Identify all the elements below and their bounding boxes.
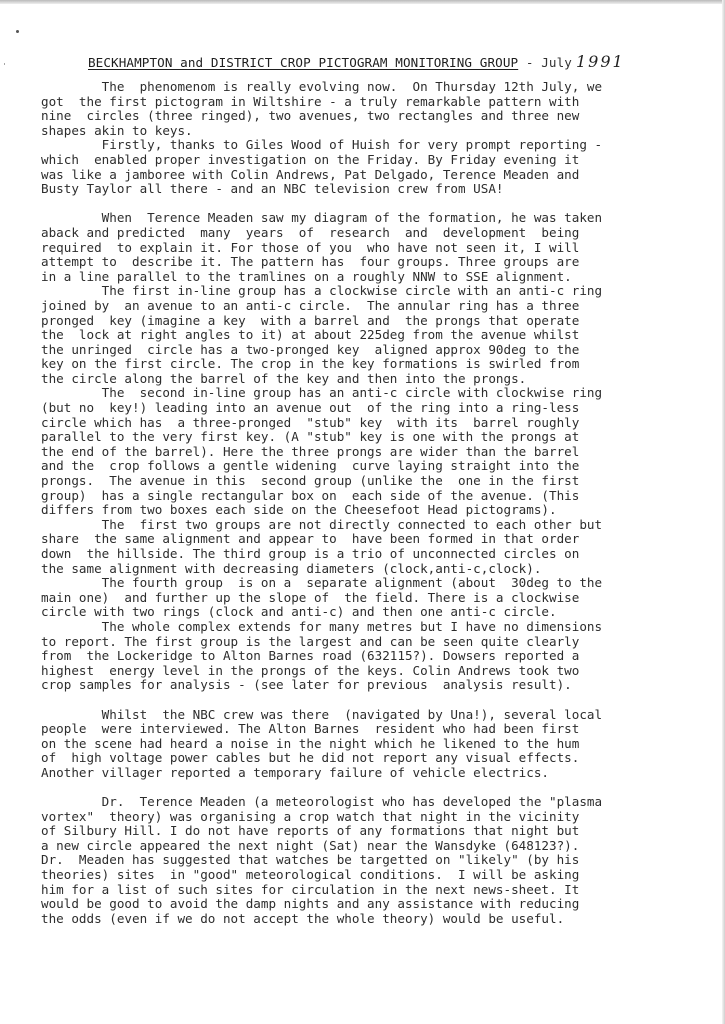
text-line: would be good to avoid the damp nights a… (41, 897, 671, 912)
paragraph-complex: The whole complex extends for many metre… (41, 620, 671, 693)
text-line: Busty Taylor all there - and an NBC tele… (41, 182, 671, 197)
text-line: to report. The first group is the larges… (41, 635, 671, 650)
text-line: Dr. Meaden has suggested that watches be… (41, 853, 671, 868)
text-line: main one) and further up the slope of th… (41, 591, 671, 606)
paragraph-spacer (41, 197, 671, 212)
text-line: share the same alignment and appear to h… (41, 532, 671, 547)
scan-top-edge (0, 0, 725, 4)
text-line: of Silbury Hill. I do not have reports o… (41, 824, 671, 839)
text-line: which enabled proper investigation on th… (41, 153, 671, 168)
text-line: in a line parallel to the tramlines on a… (41, 270, 671, 285)
text-line: The first two groups are not directly co… (41, 518, 671, 533)
text-line: the circle along the barrel of the key a… (41, 372, 671, 387)
newsletter-body: The phenomenom is really evolving now. O… (41, 80, 671, 926)
text-line: the same alignment with decreasing diame… (41, 562, 671, 577)
text-line: The second in-line group has an anti-c c… (41, 386, 671, 401)
text-line: circle which has a three-pronged "stub" … (41, 416, 671, 431)
text-line: Whilst the NBC crew was there (navigated… (41, 708, 671, 723)
text-line: the unringed circle has a two-pronged ke… (41, 343, 671, 358)
paragraph-spacer (41, 781, 671, 796)
text-line: the lock at right angles to it) at about… (41, 328, 671, 343)
text-line: on the scene had heard a noise in the ni… (41, 737, 671, 752)
text-line: him for a list of such sites for circula… (41, 883, 671, 898)
newsletter-header: BECKHAMPTON and DISTRICT CROP PICTOGRAM … (88, 52, 625, 71)
text-line: from the Lockeridge to Alton Barnes road… (41, 649, 671, 664)
text-line: vortex" theory) was organising a crop wa… (41, 810, 671, 825)
text-line: (but no key!) leading into an avenue out… (41, 401, 671, 416)
ink-speck (16, 30, 19, 33)
paragraph-third-group: The first two groups are not directly co… (41, 518, 671, 576)
paragraph-intro: The phenomenom is really evolving now. O… (41, 80, 671, 138)
text-line: differs from two boxes each side on the … (41, 503, 671, 518)
paragraph-thanks: Firstly, thanks to Giles Wood of Huish f… (41, 138, 671, 196)
text-line: of high voltage power cables but he did … (41, 751, 671, 766)
text-line: and the crop follows a gentle widening c… (41, 459, 671, 474)
text-line: the odds (even if we do not accept the w… (41, 912, 671, 927)
text-line: Dr. Terence Meaden (a meteorologist who … (41, 795, 671, 810)
header-separator: - (518, 55, 541, 70)
header-year-handwritten: 1991 (576, 52, 625, 71)
text-line: The first in-line group has a clockwise … (41, 284, 671, 299)
text-line: shapes akin to keys. (41, 124, 671, 139)
newsletter-title: BECKHAMPTON and DISTRICT CROP PICTOGRAM … (88, 55, 518, 70)
text-line: parallel to the very first key. (A "stub… (41, 430, 671, 445)
text-line: highest energy level in the prongs of th… (41, 664, 671, 679)
text-line: people were interviewed. The Alton Barne… (41, 722, 671, 737)
paragraph-first-group: The first in-line group has a clockwise … (41, 284, 671, 386)
ink-speck (4, 63, 5, 65)
text-line: attempt to describe it. The pattern has … (41, 255, 671, 270)
paragraph-description-intro: When Terence Meaden saw my diagram of th… (41, 211, 671, 284)
text-line: The phenomenom is really evolving now. O… (41, 80, 671, 95)
text-line: theories) sites in "good" meteorological… (41, 868, 671, 883)
text-line: required to explain it. For those of you… (41, 241, 671, 256)
text-line: the end of the barrel). Here the three p… (41, 445, 671, 460)
paragraph-meaden-watch: Dr. Terence Meaden (a meteorologist who … (41, 795, 671, 926)
text-line: group) has a single rectangular box on e… (41, 489, 671, 504)
text-line: prongs. The avenue in this second group … (41, 474, 671, 489)
text-line: got the first pictogram in Wiltshire - a… (41, 95, 671, 110)
text-line: Another villager reported a temporary fa… (41, 766, 671, 781)
text-line: was like a jamboree with Colin Andrews, … (41, 168, 671, 183)
text-line: crop samples for analysis - (see later f… (41, 678, 671, 693)
text-line: aback and predicted many years of resear… (41, 226, 671, 241)
text-line: The fourth group is on a separate alignm… (41, 576, 671, 591)
text-line: key on the first circle. The crop in the… (41, 357, 671, 372)
text-line: joined by an avenue to an anti-c circle.… (41, 299, 671, 314)
paragraph-spacer (41, 693, 671, 708)
paragraph-second-group: The second in-line group has an anti-c c… (41, 386, 671, 517)
text-line: down the hillside. The third group is a … (41, 547, 671, 562)
text-line: circle with two rings (clock and anti-c)… (41, 605, 671, 620)
text-line: Firstly, thanks to Giles Wood of Huish f… (41, 138, 671, 153)
text-line: The whole complex extends for many metre… (41, 620, 671, 635)
paragraph-nbc-crew: Whilst the NBC crew was there (navigated… (41, 708, 671, 781)
paragraph-fourth-group: The fourth group is on a separate alignm… (41, 576, 671, 620)
text-line: pronged key (imagine a key with a barrel… (41, 314, 671, 329)
text-line: nine circles (three ringed), two avenues… (41, 109, 671, 124)
text-line: When Terence Meaden saw my diagram of th… (41, 211, 671, 226)
text-line: a new circle appeared the next night (Sa… (41, 839, 671, 854)
header-month: July (541, 55, 572, 70)
